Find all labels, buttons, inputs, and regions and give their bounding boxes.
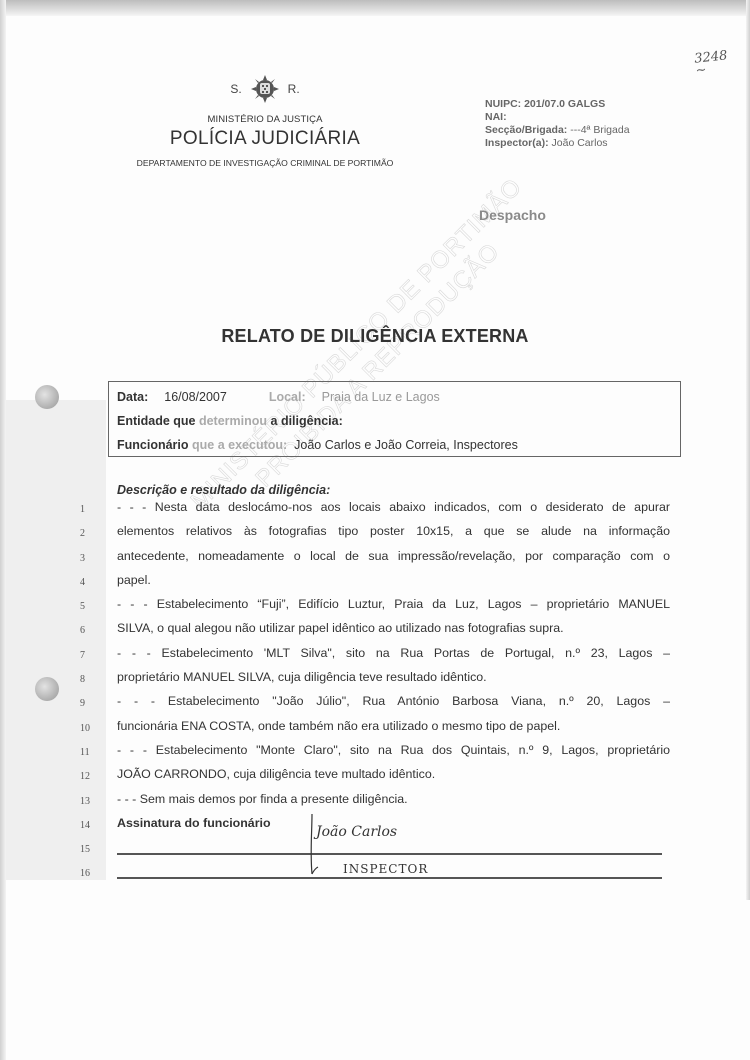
department-name: DEPARTAMENTO DE INVESTIGAÇÃO CRIMINAL DE…	[100, 158, 430, 168]
line-text: JOÃO CARRONDO, cuja diligência teve mult…	[117, 767, 670, 781]
line-text: - - - Estabelecimento "João Júlio", Rua …	[117, 694, 670, 708]
info-box: Data:16/08/2007Local:Praia da Luz e Lago…	[108, 381, 681, 457]
handwritten-page-ref: 3248 ~	[694, 50, 729, 77]
line-number: 9	[80, 698, 102, 709]
executor-label-b: que a executou:	[192, 438, 287, 452]
letterhead: S. R. MINISTÉRIO DA JUSTIÇA POLÍCIA JUDI…	[100, 72, 430, 168]
executor-value: João Carlos e João Correia, Inspectores	[294, 438, 518, 452]
list-item: 1- - - Nesta data deslocámo-nos aos loca…	[80, 496, 680, 520]
line-text: - - - Estabelecimento "Monte Claro", sit…	[117, 743, 670, 757]
list-item: 6SILVA, o qual alegou não utilizar papel…	[80, 617, 680, 641]
nai-label: NAI:	[485, 111, 507, 123]
list-item: 8proprietário MANUEL SILVA, cuja diligên…	[80, 666, 680, 690]
line-text: funcionária ENA COSTA, onde também não e…	[117, 719, 670, 733]
line-number: 6	[80, 625, 102, 636]
local-label: Local:	[269, 390, 306, 404]
entity-label-c: a diligência:	[271, 414, 343, 428]
date-local-row: Data:16/08/2007Local:Praia da Luz e Lago…	[117, 385, 680, 409]
local-value: Praia da Luz e Lagos	[322, 390, 440, 404]
list-item: 3antecedente, nomeadamente o local de su…	[80, 545, 680, 569]
scan-edge-top	[0, 0, 750, 16]
line-number: 2	[80, 528, 102, 539]
section-value: ---4ª Brigada	[570, 124, 629, 136]
case-metadata: NUIPC: 201/07.0 GALGS NAI: Secção/Brigad…	[485, 98, 630, 150]
executor-label-a: Funcionário	[117, 438, 189, 452]
line-number: 14	[80, 820, 102, 831]
line-text: papel.	[117, 573, 670, 587]
line-text: elementos relativos às fotografias tipo …	[117, 524, 670, 538]
left-initial: S.	[230, 82, 241, 96]
inspector-label: Inspector(a):	[485, 137, 549, 149]
signature-role: INSPECTOR	[343, 862, 428, 876]
line-number: 15	[80, 844, 102, 855]
line-number: 5	[80, 601, 102, 612]
despacho-heading: Despacho	[479, 207, 546, 223]
line-number: 10	[80, 723, 102, 734]
list-item: 7- - - Estabelecimento 'MLT Silva", sito…	[80, 642, 680, 666]
line-text: - - - Sem mais demos por finda a present…	[117, 792, 670, 806]
line-number: 7	[80, 650, 102, 661]
line-number: 1	[80, 504, 102, 515]
list-item: 10funcionária ENA COSTA, onde também não…	[80, 715, 680, 739]
line-text: - - - Estabelecimento 'MLT Silva", sito …	[117, 646, 670, 660]
list-item: 4papel.	[80, 569, 680, 593]
line-text: - - - Estabelecimento “Fuji”, Edifício L…	[117, 597, 670, 611]
date-label: Data:	[117, 390, 148, 404]
signature-name: João Carlos	[316, 824, 397, 840]
scan-edge-right	[746, 0, 750, 900]
inspector-value: João Carlos	[552, 137, 608, 149]
line-text: SILVA, o qual alegou não utilizar papel …	[117, 621, 670, 635]
list-item: 12JOÃO CARRONDO, cuja diligência teve mu…	[80, 763, 680, 787]
line-number: 16	[80, 868, 102, 879]
agency-name: POLÍCIA JUDICIÁRIA	[100, 128, 430, 150]
handwritten-flourish: ~	[695, 63, 707, 79]
section-label: Secção/Brigada:	[485, 124, 567, 136]
ministry-name: MINISTÉRIO DA JUSTIÇA	[100, 114, 430, 125]
line-number: 4	[80, 577, 102, 588]
executor-row: Funcionário que a executou: João Carlos …	[117, 433, 680, 457]
nuipc-row: NUIPC: 201/07.0 GALGS	[485, 98, 630, 111]
line-number: 12	[80, 771, 102, 782]
document-title: RELATO DE DILIGÊNCIA EXTERNA	[0, 326, 750, 347]
punch-hole-icon	[35, 385, 59, 409]
section-row: Secção/Brigada: ---4ª Brigada	[485, 124, 630, 137]
list-item: 5- - - Estabelecimento “Fuji”, Edifício …	[80, 593, 680, 617]
line-text: - - - Nesta data deslocámo-nos aos locai…	[117, 500, 670, 514]
signature: João Carlos INSPECTOR	[298, 812, 498, 882]
crest-row: S. R.	[100, 72, 430, 106]
list-item: 11- - - Estabelecimento "Monte Claro", s…	[80, 739, 680, 763]
line-number: 8	[80, 674, 102, 685]
line-number: 11	[80, 747, 102, 758]
coat-of-arms-icon	[250, 74, 280, 104]
line-number: 3	[80, 553, 102, 564]
line-text: proprietário MANUEL SILVA, cuja diligênc…	[117, 670, 670, 684]
entity-label-a: Entidade que	[117, 414, 195, 428]
description-heading: Descrição e resultado da diligência:	[117, 483, 330, 497]
entity-label-b: determinou	[199, 414, 267, 428]
nuipc-label: NUIPC:	[485, 98, 521, 110]
line-text: antecedente, nomeadamente o local de sua…	[117, 549, 670, 563]
nuipc-value: 201/07.0 GALGS	[524, 98, 605, 110]
date-value: 16/08/2007	[164, 390, 227, 404]
line-number: 13	[80, 796, 102, 807]
inspector-row: Inspector(a): João Carlos	[485, 137, 630, 150]
nai-row: NAI:	[485, 111, 630, 124]
list-item: 2elementos relativos às fotografias tipo…	[80, 520, 680, 544]
right-initial: R.	[288, 82, 300, 96]
list-item: 9- - - Estabelecimento "João Júlio", Rua…	[80, 690, 680, 714]
list-item: 13- - - Sem mais demos por finda a prese…	[80, 788, 680, 812]
punch-hole-icon	[35, 677, 59, 701]
entity-row: Entidade que determinou a diligência:	[117, 409, 680, 433]
